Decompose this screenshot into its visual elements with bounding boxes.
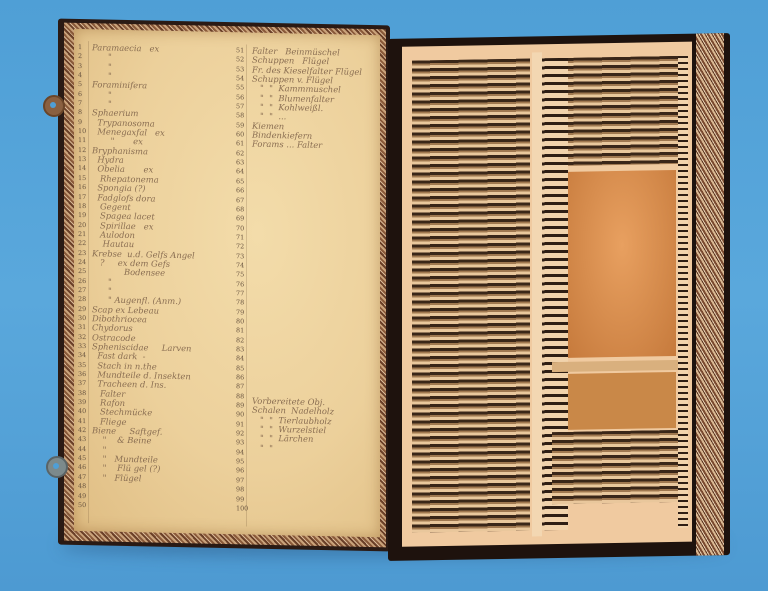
index-paper: 1 2 3 4 5 6 7 8 9 10 11 12 13 14 15 16 1… xyxy=(74,29,380,537)
slide-tray xyxy=(402,42,692,547)
slide-box-body xyxy=(388,33,730,561)
handwritten-entries-left: Paramaecia ex " " " Foraminifera " " Sph… xyxy=(92,43,242,485)
margin-rule xyxy=(88,41,89,523)
slot-comb-right xyxy=(678,56,688,528)
empty-compartment xyxy=(568,170,676,358)
slide-box-lid: 1 2 3 4 5 6 7 8 9 10 11 12 13 14 15 16 1… xyxy=(58,19,390,552)
slide-rack-right-bottom xyxy=(552,430,680,504)
empty-compartment-small xyxy=(568,372,676,430)
handwritten-entries-right-lower: Vorbereitete Obj. Schalen Nadelholz " " … xyxy=(252,397,392,456)
handwritten-entries-right: Falter Beinmüschel Schuppen Flügel Fr. d… xyxy=(252,47,392,153)
slide-rack-right-top xyxy=(568,56,678,166)
hinge-icon xyxy=(43,95,65,117)
tray-shelf xyxy=(552,360,682,372)
line-numbers-left: 1 2 3 4 5 6 7 8 9 10 11 12 13 14 15 16 1… xyxy=(78,43,86,510)
box-marbled-side xyxy=(696,33,724,555)
slide-rack-left xyxy=(412,59,530,533)
tray-divider xyxy=(532,52,542,536)
hinge-icon xyxy=(46,456,68,478)
